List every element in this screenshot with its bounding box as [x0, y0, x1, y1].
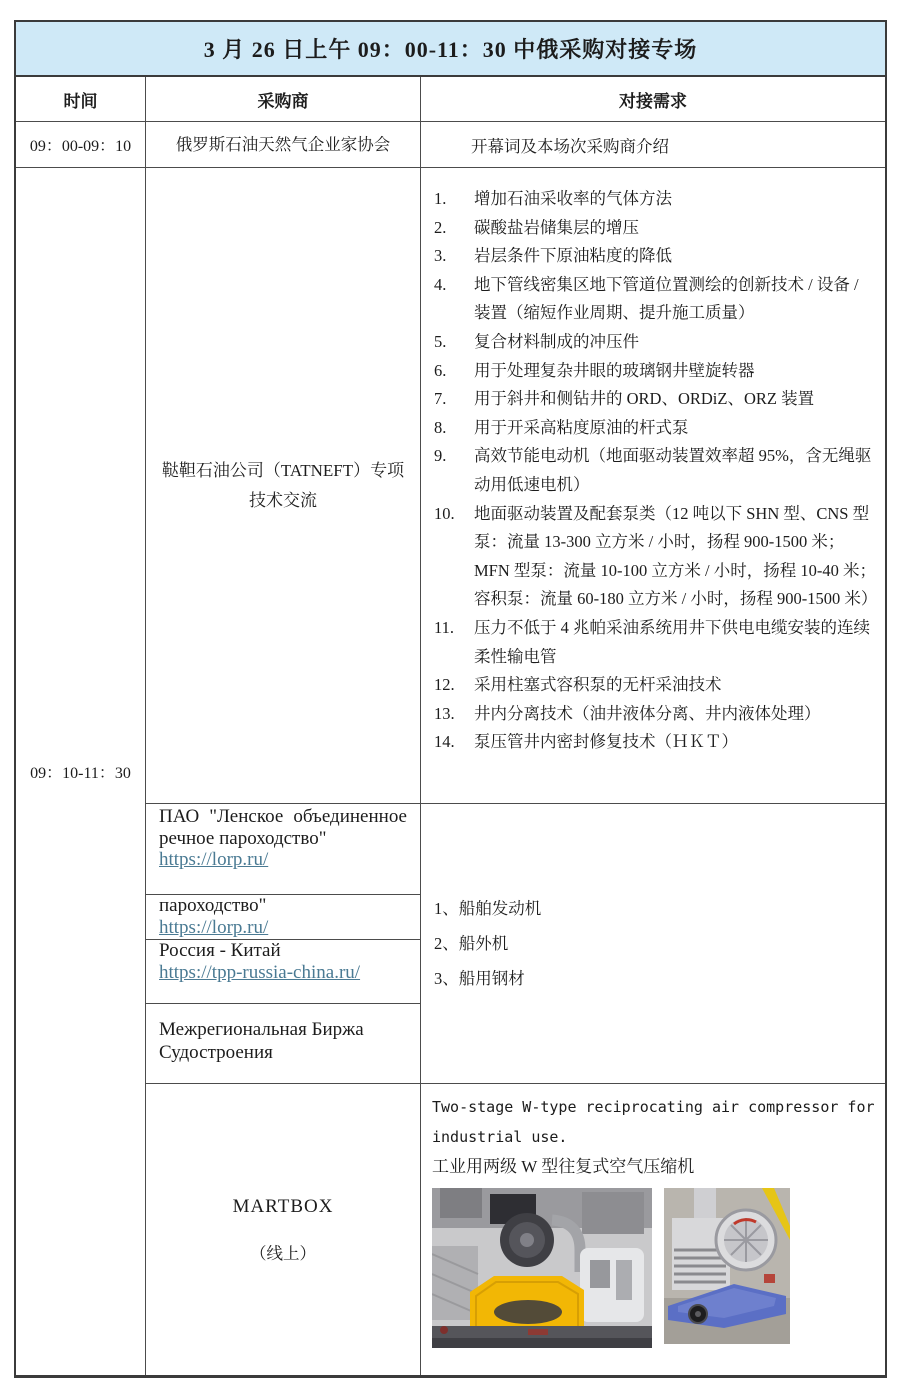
need-item: 增加石油采收率的气体方法	[434, 185, 877, 214]
need-item: 用于处理复杂井眼的玻璃钢井壁旋转器	[434, 357, 877, 386]
pao-link[interactable]: https://lorp.ru/	[159, 849, 407, 871]
needs-martbox: Two-stage W-type reciprocating air compr…	[421, 1084, 885, 1375]
opening-buyer: 俄罗斯石油天然气企业家协会	[146, 122, 421, 167]
main-session-time: 09：10-11：30	[16, 168, 146, 1375]
ship-need-item: 1、船舶发动机	[434, 891, 885, 926]
compressor-photo-workshop-yellow-guard	[432, 1188, 652, 1348]
need-item: 泵压管井内密封修复技术（ＨＫＴ）	[434, 728, 877, 757]
birzha-name: Межрегиональная Биржа Судостроения	[159, 1018, 407, 1064]
buyer-russia-china: Россия - Китай https://tpp-russia-china.…	[146, 940, 420, 1004]
buyer-tatneft: 鞑靼石油公司（TATNEFT）专项技术交流	[146, 168, 420, 804]
need-item: 岩层条件下原油粘度的降低	[434, 242, 877, 271]
needs-shipping: 1、船舶发动机 2、船外机 3、船用钢材	[421, 804, 885, 1084]
procurement-schedule-table: 3 月 26 日上午 09：00-11：30 中俄采购对接专场 时间 采购商 对…	[14, 20, 887, 1378]
need-item: 用于开采高粘度原油的杆式泵	[434, 414, 877, 443]
martbox-name: MARTBOX	[233, 1196, 334, 1218]
need-item: 用于斜井和侧钻井的 ORD、ORDiZ、ORZ 装置	[434, 385, 877, 414]
needs-tatneft: 增加石油采收率的气体方法 碳酸盐岩储集层的增压 岩层条件下原油粘度的降低 地下管…	[421, 168, 885, 804]
compressor-photo-blue-base	[664, 1188, 790, 1344]
need-item: 碳酸盐岩储集层的增压	[434, 214, 877, 243]
buyer-birzha: Межрегиональная Биржа Судостроения	[146, 1004, 420, 1084]
buyer-fragment-name: пароходство"	[159, 895, 407, 917]
opening-row: 09：00-09：10 俄罗斯石油天然气企业家协会 开幕词及本场次采购商介绍	[16, 122, 885, 168]
need-item: 采用柱塞式容积泵的无杆采油技术	[434, 671, 877, 700]
ship-need-item: 2、船外机	[434, 926, 885, 961]
compressor-photos	[432, 1188, 877, 1348]
need-item: 复合材料制成的冲压件	[434, 328, 877, 357]
header-buyer: 采购商	[146, 77, 421, 121]
main-session-row: 09：10-11：30 鞑靼石油公司（TATNEFT）专项技术交流 ПАО "Л…	[16, 168, 885, 1375]
need-item: 井内分离技术（油井液体分离、井内液体处理）	[434, 700, 877, 729]
need-item: 高效节能电动机（地面驱动装置效率超 95%，含无绳驱动用低速电机）	[434, 442, 877, 499]
buyer-pao-lorp: ПАО "Ленское объединенное речное пароход…	[146, 804, 420, 895]
column-header-row: 时间 采购商 对接需求	[16, 77, 885, 122]
needs-column: 增加石油采收率的气体方法 碳酸盐岩储集层的增压 岩层条件下原油粘度的降低 地下管…	[421, 168, 885, 1375]
russia-china-link[interactable]: https://tpp-russia-china.ru/	[159, 962, 407, 984]
tatneft-needs-list: 增加石油采收率的气体方法 碳酸盐岩储集层的增压 岩层条件下原油粘度的降低 地下管…	[421, 168, 885, 757]
martbox-need-en: Two-stage W-type reciprocating air compr…	[432, 1092, 877, 1152]
header-time: 时间	[16, 77, 146, 121]
martbox-online-note: （线上）	[250, 1240, 316, 1264]
buyer-martbox: MARTBOX （线上）	[146, 1084, 420, 1375]
ship-need-item: 3、船用钢材	[434, 961, 885, 996]
fragment-link[interactable]: https://lorp.ru/	[159, 917, 407, 939]
martbox-need-zh: 工业用两级 W 型往复式空气压缩机	[432, 1152, 877, 1182]
need-item: 地面驱动装置及配套泵类（12 吨以下 SHN 型、CNS 型泵：流量 13-30…	[434, 500, 877, 614]
session-title: 3 月 26 日上午 09：00-11：30 中俄采购对接专场	[16, 22, 885, 77]
buyer-pao-fragment: пароходство" https://lorp.ru/	[146, 895, 420, 940]
russia-china-name: Россия - Китай	[159, 940, 407, 962]
need-item: 压力不低于 4 兆帕采油系统用井下供电电缆安装的连续柔性输电管	[434, 614, 877, 671]
need-item: 地下管线密集区地下管道位置测绘的创新技术 / 设备 / 装置（缩短作业周期、提升…	[434, 271, 877, 328]
header-needs: 对接需求	[421, 77, 885, 121]
buyer-column: 鞑靼石油公司（TATNEFT）专项技术交流 ПАО "Ленское объед…	[146, 168, 421, 1375]
opening-time: 09：00-09：10	[16, 122, 146, 167]
buyer-pao-name: ПАО "Ленское объединенное речное пароход…	[159, 806, 407, 849]
opening-needs: 开幕词及本场次采购商介绍	[421, 122, 885, 167]
